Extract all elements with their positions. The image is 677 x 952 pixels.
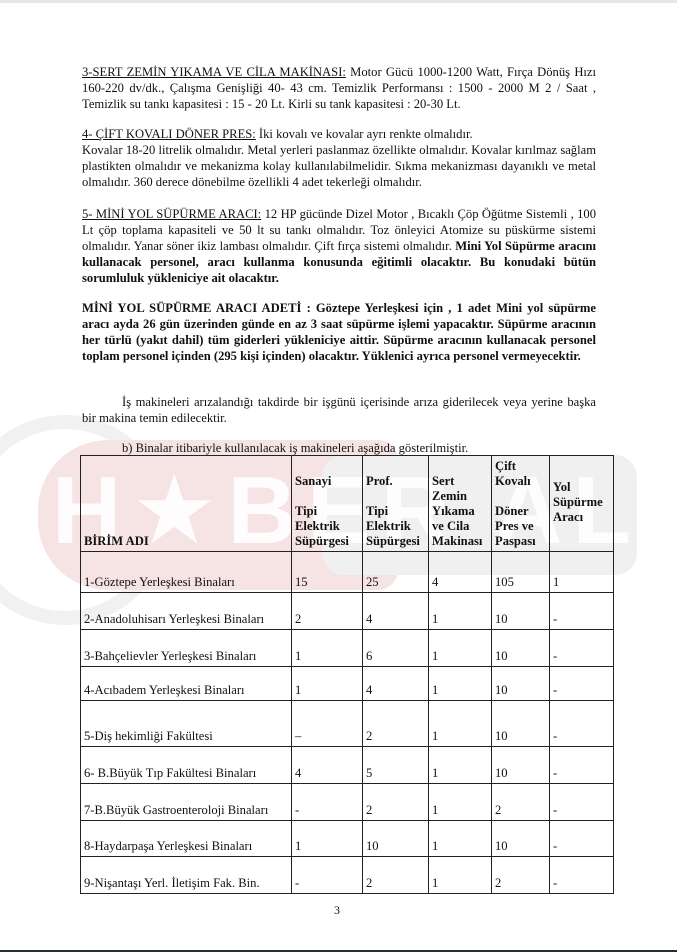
double-bucket-press-count-cell: 10 — [492, 821, 550, 857]
header-professional-vacuum-top: Prof. — [366, 474, 393, 488]
professional-vacuum-count-cell: 10 — [363, 821, 429, 857]
road-sweeper-count-cell: - — [550, 857, 614, 894]
double-bucket-press-count-cell: 10 — [492, 667, 550, 701]
industrial-vacuum-count-cell: 1 — [292, 667, 363, 701]
header-unit-name: BİRİM ADI — [81, 456, 292, 552]
professional-vacuum-count-cell: 5 — [363, 747, 429, 784]
unit-name-cell: 4-Acıbadem Yerleşkesi Binaları — [81, 667, 292, 701]
unit-name-cell: 7-B.Büyük Gastroenteroloji Binaları — [81, 784, 292, 821]
industrial-vacuum-count-cell: – — [292, 701, 363, 747]
floor-scrubber-count-cell: 1 — [429, 747, 492, 784]
table-row: 3-Bahçelievler Yerleşkesi Binaları16110- — [81, 630, 614, 667]
unit-name-cell: 6- B.Büyük Tıp Fakültesi Binaları — [81, 747, 292, 784]
machines-by-building-table: BİRİM ADI Sanayi Tipi Elektrik Süpürgesi… — [80, 455, 614, 894]
page-number: 3 — [334, 903, 340, 918]
industrial-vacuum-count-cell: - — [292, 784, 363, 821]
professional-vacuum-count-cell: 25 — [363, 552, 429, 593]
floor-scrubber-count-cell: 1 — [429, 630, 492, 667]
double-bucket-press-count-cell: 2 — [492, 784, 550, 821]
mini-sweeper-count-paragraph: MİNİ YOL SÜPÜRME ARACI ADETİ : Göztepe Y… — [82, 300, 596, 364]
unit-name-cell: 9-Nişantaşı Yerl. İletişim Fak. Bin. — [81, 857, 292, 894]
double-bucket-press-count-cell: 105 — [492, 552, 550, 593]
double-bucket-press-count-cell: 10 — [492, 630, 550, 667]
table-row: 5-Diş hekimliği Fakültesi–2110- — [81, 701, 614, 747]
table-row: 1-Göztepe Yerleşkesi Binaları152541051 — [81, 552, 614, 593]
double-bucket-press-count-cell: 10 — [492, 701, 550, 747]
section-3-paragraph: 3-SERT ZEMİN YIKAMA VE CİLA MAKİNASI: Mo… — [82, 64, 596, 112]
floor-scrubber-count-cell: 1 — [429, 857, 492, 894]
road-sweeper-count-cell: - — [550, 593, 614, 630]
breakdown-paragraph: İş makineleri arızalandığı takdirde bir … — [82, 394, 596, 426]
industrial-vacuum-count-cell: - — [292, 857, 363, 894]
industrial-vacuum-count-cell: 2 — [292, 593, 363, 630]
unit-name-cell: 5-Diş hekimliği Fakültesi — [81, 701, 292, 747]
professional-vacuum-count-cell: 6 — [363, 630, 429, 667]
industrial-vacuum-count-cell: 4 — [292, 747, 363, 784]
unit-name-cell: 2-Anadoluhisarı Yerleşkesi Binaları — [81, 593, 292, 630]
industrial-vacuum-count-cell: 15 — [292, 552, 363, 593]
section-5-heading: 5- MİNİ YOL SÜPÜRME ARACI: — [82, 207, 261, 221]
professional-vacuum-count-cell: 2 — [363, 857, 429, 894]
floor-scrubber-count-cell: 1 — [429, 667, 492, 701]
section-4-body-2: Kovalar 18-20 litrelik olmalıdır. Metal … — [82, 143, 596, 189]
table-row: 6- B.Büyük Tıp Fakültesi Binaları45110- — [81, 747, 614, 784]
header-road-sweeper: Yol Süpürme Aracı — [550, 456, 614, 552]
industrial-vacuum-count-cell: 1 — [292, 821, 363, 857]
header-professional-vacuum: Prof. Tipi Elektrik Süpürgesi — [363, 456, 429, 552]
header-industrial-vacuum: Sanayi Tipi Elektrik Süpürgesi — [292, 456, 363, 552]
header-professional-vacuum-bottom: Tipi Elektrik Süpürgesi — [366, 504, 420, 548]
section-4-heading: 4- ÇİFT KOVALI DÖNER PRES: — [82, 127, 256, 141]
road-sweeper-count-cell: - — [550, 747, 614, 784]
double-bucket-press-count-cell: 2 — [492, 857, 550, 894]
section-4-paragraph: 4- ÇİFT KOVALI DÖNER PRES: İki kovalı ve… — [82, 126, 596, 190]
professional-vacuum-count-cell: 2 — [363, 784, 429, 821]
floor-scrubber-count-cell: 1 — [429, 701, 492, 747]
header-double-bucket-bottom: Döner Pres ve Paspası — [495, 504, 536, 548]
section-5-paragraph: 5- MİNİ YOL SÜPÜRME ARACI: 12 HP gücünde… — [82, 206, 596, 286]
header-industrial-vacuum-top: Sanayi — [295, 474, 331, 488]
header-floor-scrubber: Sert Zemin Yıkama ve Cila Makinası — [429, 456, 492, 552]
header-double-bucket-top: Çift Kovalı — [495, 459, 531, 488]
table-header-row: BİRİM ADI Sanayi Tipi Elektrik Süpürgesi… — [81, 456, 614, 552]
double-bucket-press-count-cell: 10 — [492, 747, 550, 784]
unit-name-cell: 3-Bahçelievler Yerleşkesi Binaları — [81, 630, 292, 667]
table-row: 9-Nişantaşı Yerl. İletişim Fak. Bin.-212… — [81, 857, 614, 894]
road-sweeper-count-cell: - — [550, 701, 614, 747]
road-sweeper-count-cell: 1 — [550, 552, 614, 593]
road-sweeper-count-cell: - — [550, 821, 614, 857]
header-double-bucket-press: Çift Kovalı Döner Pres ve Paspası — [492, 456, 550, 552]
unit-name-cell: 8-Haydarpaşa Yerleşkesi Binaları — [81, 821, 292, 857]
table-row: 8-Haydarpaşa Yerleşkesi Binaları110110- — [81, 821, 614, 857]
floor-scrubber-count-cell: 1 — [429, 593, 492, 630]
double-bucket-press-count-cell: 10 — [492, 593, 550, 630]
road-sweeper-count-cell: - — [550, 630, 614, 667]
section-4-body: İki kovalı ve kovalar ayrı renkte olmalı… — [256, 127, 473, 141]
floor-scrubber-count-cell: 1 — [429, 784, 492, 821]
top-border — [0, 0, 677, 3]
table-intro: b) Binalar itibariyle kullanılacak iş ma… — [122, 440, 602, 456]
professional-vacuum-count-cell: 4 — [363, 667, 429, 701]
unit-name-cell: 1-Göztepe Yerleşkesi Binaları — [81, 552, 292, 593]
floor-scrubber-count-cell: 4 — [429, 552, 492, 593]
section-3-heading: 3-SERT ZEMİN YIKAMA VE CİLA MAKİNASI: — [82, 65, 346, 79]
road-sweeper-count-cell: - — [550, 667, 614, 701]
floor-scrubber-count-cell: 1 — [429, 821, 492, 857]
professional-vacuum-count-cell: 4 — [363, 593, 429, 630]
industrial-vacuum-count-cell: 1 — [292, 630, 363, 667]
road-sweeper-count-cell: - — [550, 784, 614, 821]
table-row: 2-Anadoluhisarı Yerleşkesi Binaları24110… — [81, 593, 614, 630]
table-row: 7-B.Büyük Gastroenteroloji Binaları-212- — [81, 784, 614, 821]
professional-vacuum-count-cell: 2 — [363, 701, 429, 747]
table-row: 4-Acıbadem Yerleşkesi Binaları14110- — [81, 667, 614, 701]
header-industrial-vacuum-bottom: Tipi Elektrik Süpürgesi — [295, 504, 349, 548]
